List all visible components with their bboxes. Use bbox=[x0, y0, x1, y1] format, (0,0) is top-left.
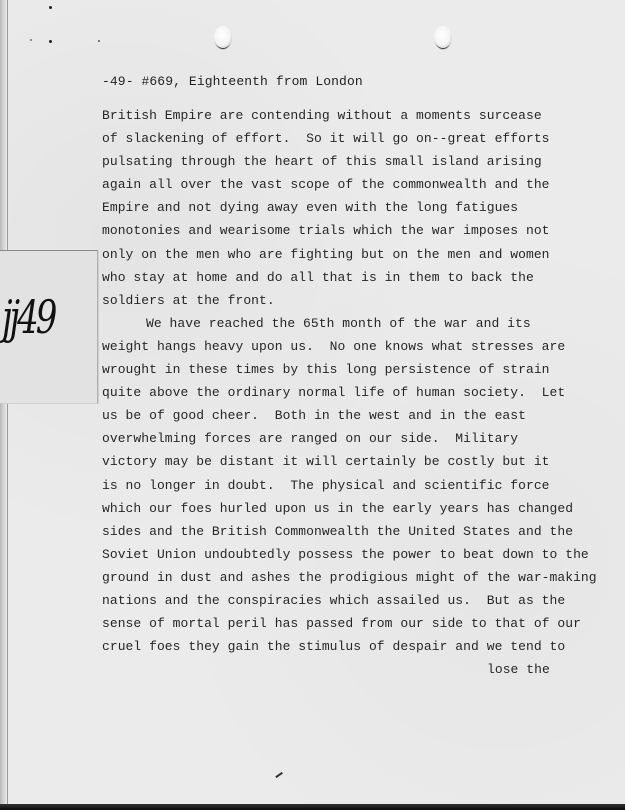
handwritten-page-label: jj49 bbox=[2, 291, 54, 345]
text-line: ground in dust and ashes the prodigious … bbox=[102, 566, 602, 589]
text-line: which our foes hurled upon us in the ear… bbox=[102, 497, 602, 520]
text-line: soldiers at the front. bbox=[102, 289, 602, 312]
text-line: overwhelming forces are ranged on our si… bbox=[102, 427, 602, 450]
text-line: Empire and not dying away even with the … bbox=[102, 196, 602, 219]
punch-hole-icon bbox=[214, 26, 232, 48]
text-line: British Empire are contending without a … bbox=[102, 104, 602, 127]
text-line: nations and the conspiracies which assai… bbox=[102, 589, 602, 612]
text-line: us be of good cheer. Both in the west an… bbox=[102, 404, 602, 427]
text-line: sides and the British Commonwealth the U… bbox=[102, 520, 602, 543]
text-line: quite above the ordinary normal life of … bbox=[102, 381, 602, 404]
document-body: British Empire are contending without a … bbox=[102, 104, 602, 681]
text-line: again all over the vast scope of the com… bbox=[102, 173, 602, 196]
paper-speck bbox=[30, 39, 32, 41]
paper-speck bbox=[49, 6, 52, 9]
catchword-line: lose the bbox=[102, 658, 602, 681]
stray-pen-mark bbox=[275, 772, 282, 778]
scan-bottom-edge bbox=[0, 804, 625, 810]
sticky-note: jj49 bbox=[0, 250, 98, 403]
text-line: wrought in these times by this long pers… bbox=[102, 358, 602, 381]
text-line: victory may be distant it will certainly… bbox=[102, 450, 602, 473]
text-line: who stay at home and do all that is in t… bbox=[102, 266, 602, 289]
paper-speck bbox=[49, 40, 52, 43]
text-line: monotonies and wearisome trials which th… bbox=[102, 219, 602, 242]
text-line: weight hangs heavy upon us. No one knows… bbox=[102, 335, 602, 358]
text-line: only on the men who are fighting but on … bbox=[102, 243, 602, 266]
text-line: Soviet Union undoubtedly possess the pow… bbox=[102, 543, 602, 566]
document-page: -49- #669, Eighteenth from London Britis… bbox=[0, 0, 625, 806]
punch-hole-icon bbox=[434, 26, 452, 48]
paper-speck bbox=[98, 40, 100, 42]
text-line: is no longer in doubt. The physical and … bbox=[102, 474, 602, 497]
text-line: sense of mortal peril has passed from ou… bbox=[102, 612, 602, 635]
text-line: pulsating through the heart of this smal… bbox=[102, 150, 602, 173]
page-left-edge bbox=[0, 0, 8, 806]
document-header: -49- #669, Eighteenth from London bbox=[102, 74, 363, 89]
text-line: cruel foes they gain the stimulus of des… bbox=[102, 635, 602, 658]
paragraph-start-line: We have reached the 65th month of the wa… bbox=[102, 312, 602, 335]
text-line: of slackening of effort. So it will go o… bbox=[102, 127, 602, 150]
